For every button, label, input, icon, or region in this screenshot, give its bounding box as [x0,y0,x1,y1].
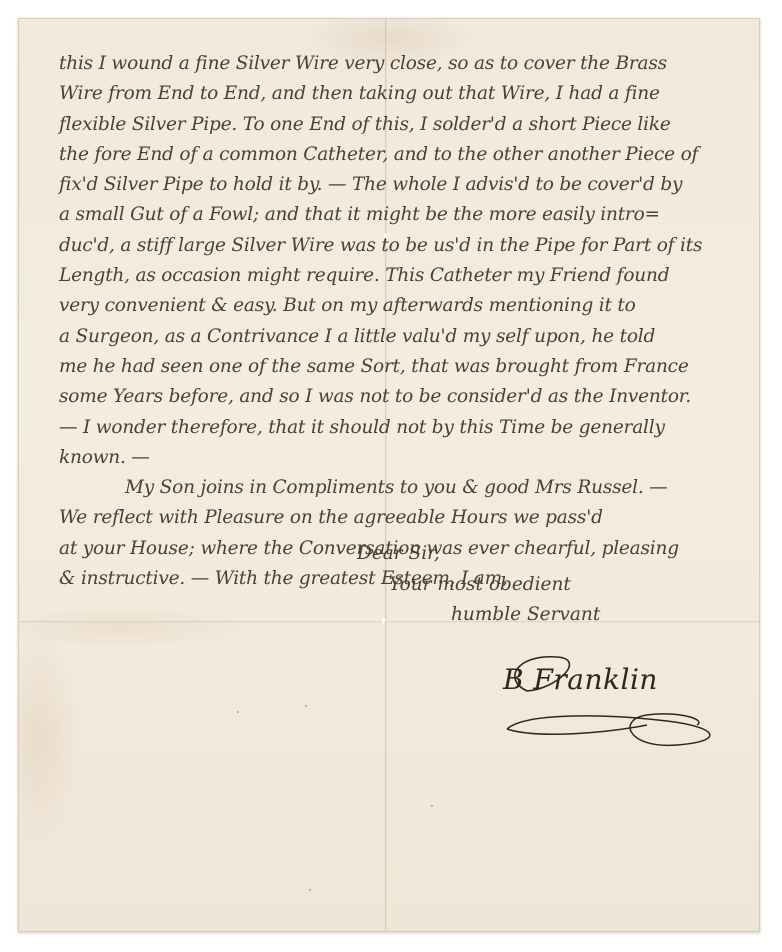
body-line: Wire from End to End, and then taking ou… [59,79,759,109]
signature-text: B Franklin [503,663,658,696]
closing-line: humble Servant [451,604,600,625]
body-line: flexible Silver Pipe. To one End of this… [59,110,759,140]
body-line: this I wound a fine Silver Wire very clo… [59,49,759,79]
signature: B Franklin [497,649,737,749]
letter-body: this I wound a fine Silver Wire very clo… [59,49,759,594]
paper-speck [305,705,307,707]
horizontal-fold-line [19,621,759,623]
body-line: the fore End of a common Catheter, and t… [59,140,759,170]
paragraph-line: My Son joins in Compliments to you & goo… [59,473,759,503]
body-line: a Surgeon, as a Contrivance I a little v… [59,322,759,352]
paragraph-line: We reflect with Pleasure on the agreeabl… [59,503,759,533]
body-line: duc'd, a stiff large Silver Wire was to … [59,231,759,261]
body-line: known. — [59,443,759,473]
paper-speck [237,711,239,713]
body-line: a small Gut of a Fowl; and that it might… [59,200,759,230]
paper-speck [431,805,433,807]
body-line: fix'd Silver Pipe to hold it by. — The w… [59,170,759,200]
body-line: me he had seen one of the same Sort, tha… [59,352,759,382]
body-line: some Years before, and so I was not to b… [59,382,759,412]
document-viewer: this I wound a fine Silver Wire very clo… [0,0,782,952]
body-line: — I wonder therefore, that it should not… [59,413,759,443]
body-line: Length, as occasion might require. This … [59,261,759,291]
letter-sheet: this I wound a fine Silver Wire very clo… [18,18,760,932]
paper-speck [309,889,311,891]
body-line: very convenient & easy. But on my afterw… [59,291,759,321]
closing-line: Your most obedient [389,574,571,595]
salutation: Dear Sir, [357,543,440,564]
